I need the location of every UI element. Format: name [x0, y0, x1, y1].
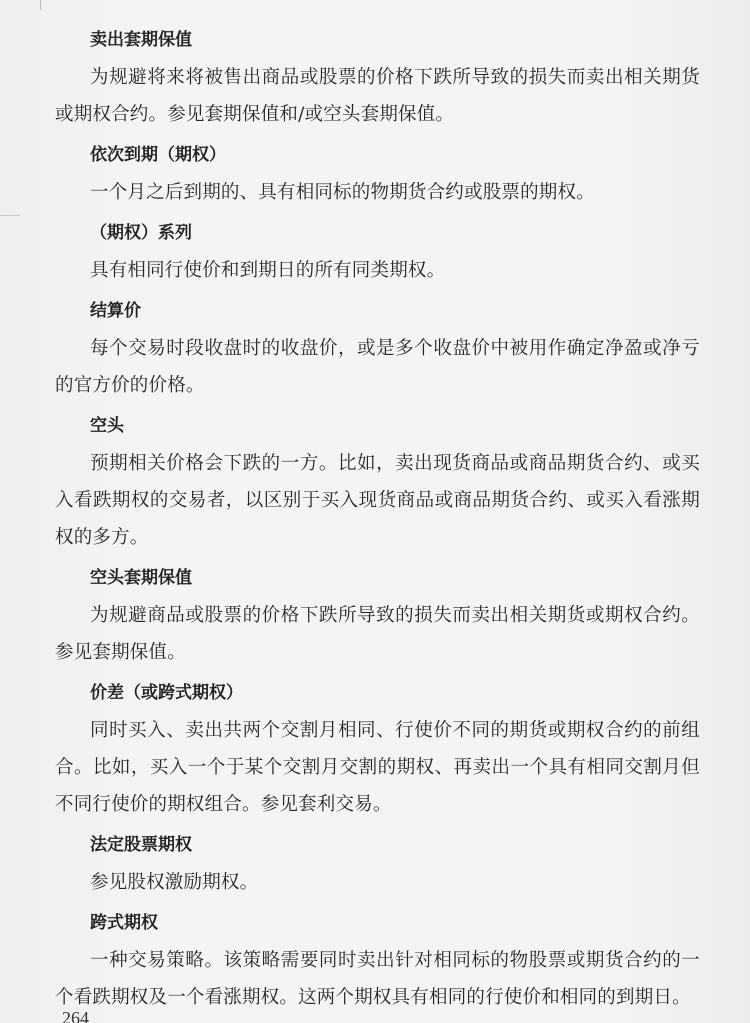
glossary-entry: 法定股票期权 参见股权激励期权。: [55, 827, 700, 901]
glossary-entry: 空头 预期相关价格会下跌的一方。比如，卖出现货商品或商品期货合约、或买入看跌期权…: [55, 408, 700, 556]
entry-term: 卖出套期保值: [55, 22, 700, 59]
margin-mark: [40, 0, 41, 10]
entry-term: 结算价: [55, 293, 700, 330]
margin-mark: [0, 215, 20, 216]
glossary-entry: 跨式期权 一种交易策略。该策略需要同时卖出针对相同标的物股票或期货合约的一个看跌…: [55, 905, 700, 1016]
entry-definition: 具有相同行使价和到期日的所有同类期权。: [55, 252, 700, 289]
glossary-entry: 依次到期（期权） 一个月之后到期的、具有相同标的物期货合约或股票的期权。: [55, 137, 700, 211]
glossary-entry: （期权）系列 具有相同行使价和到期日的所有同类期权。: [55, 215, 700, 289]
page-number: 264: [62, 1008, 89, 1023]
entry-definition: 一种交易策略。该策略需要同时卖出针对相同标的物股票或期货合约的一个看跌期权及一个…: [55, 942, 700, 1016]
entry-definition: 为规避将来将被售出商品或股票的价格下跌所导致的损失而卖出相关期货或期权合约。参见…: [55, 59, 700, 133]
entry-term: 价差（或跨式期权）: [55, 675, 700, 712]
glossary-content: 卖出套期保值 为规避将来将被售出商品或股票的价格下跌所导致的损失而卖出相关期货或…: [55, 18, 700, 1018]
glossary-entry: 价差（或跨式期权） 同时买入、卖出共两个交割月相同、行使价不同的期货或期权合约的…: [55, 675, 700, 823]
entry-term: 空头套期保值: [55, 560, 700, 597]
entry-definition: 每个交易时段收盘时的收盘价，或是多个收盘价中被用作确定净盈或净亏的官方价的价格。: [55, 330, 700, 404]
book-page: 卖出套期保值 为规避将来将被售出商品或股票的价格下跌所导致的损失而卖出相关期货或…: [0, 0, 750, 1023]
glossary-entry: 卖出套期保值 为规避将来将被售出商品或股票的价格下跌所导致的损失而卖出相关期货或…: [55, 22, 700, 133]
entry-term: 空头: [55, 408, 700, 445]
entry-definition: 预期相关价格会下跌的一方。比如，卖出现货商品或商品期货合约、或买入看跌期权的交易…: [55, 445, 700, 556]
entry-definition: 同时买入、卖出共两个交割月相同、行使价不同的期货或期权合约的前组合。比如，买入一…: [55, 712, 700, 823]
entry-term: （期权）系列: [55, 215, 700, 252]
entry-term: 法定股票期权: [55, 827, 700, 864]
entry-definition: 为规避商品或股票的价格下跌所导致的损失而卖出相关期货或期权合约。参见套期保值。: [55, 597, 700, 671]
glossary-entry: 空头套期保值 为规避商品或股票的价格下跌所导致的损失而卖出相关期货或期权合约。参…: [55, 560, 700, 671]
entry-definition: 参见股权激励期权。: [55, 864, 700, 901]
entry-term: 跨式期权: [55, 905, 700, 942]
glossary-entry: 结算价 每个交易时段收盘时的收盘价，或是多个收盘价中被用作确定净盈或净亏的官方价…: [55, 293, 700, 404]
entry-term: 依次到期（期权）: [55, 137, 700, 174]
entry-definition: 一个月之后到期的、具有相同标的物期货合约或股票的期权。: [55, 174, 700, 211]
